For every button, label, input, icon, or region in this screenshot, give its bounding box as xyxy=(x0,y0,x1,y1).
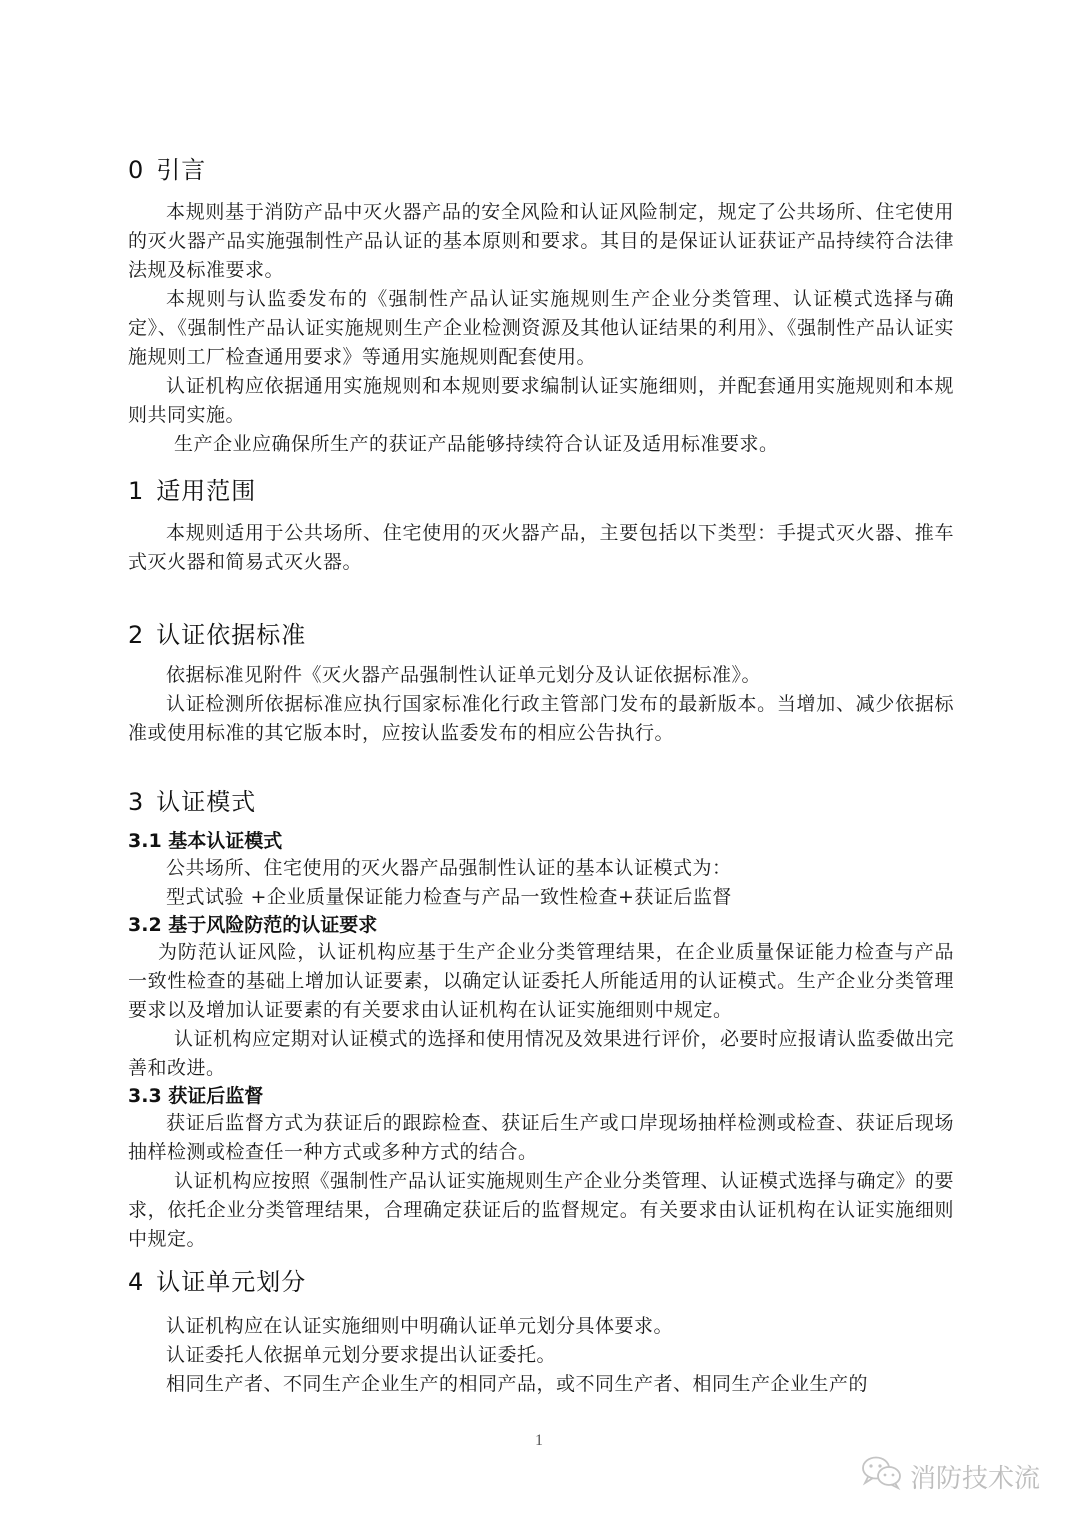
paragraph: 为防范认证风险，认证机构应基于生产企业分类管理结果，在企业质量保证能力检查与产品… xyxy=(128,938,954,1025)
section-heading-4: 4认证单元划分 xyxy=(128,1262,954,1302)
section-heading-2: 2认证依据标准 xyxy=(128,615,954,655)
paragraph: 认证检测所依据标准应执行国家标准化行政主管部门发布的最新版本。当增加、减少依据标… xyxy=(128,690,954,748)
paragraph: 本规则基于消防产品中灭火器产品的安全风险和认证风险制定，规定了公共场所、住宅使用… xyxy=(128,198,954,285)
paragraph: 依据标准见附件《灭火器产品强制性认证单元划分及认证依据标准》。 xyxy=(128,661,954,690)
watermark-text: 消防技术流 xyxy=(910,1458,1040,1495)
document-page: 0引言 本规则基于消防产品中灭火器产品的安全风险和认证风险制定，规定了公共场所、… xyxy=(0,0,1080,1527)
paragraph: 认证委托人依据单元划分要求提出认证委托。 xyxy=(128,1341,954,1370)
section-number: 4 xyxy=(128,1268,144,1296)
section-number: 3 xyxy=(128,788,144,816)
paragraph: 型式试验 +企业质量保证能力检查与产品一致性检查+获证后监督 xyxy=(128,883,954,912)
section-title: 认证依据标准 xyxy=(156,621,306,649)
paragraph: 认证机构应依据通用实施规则和本规则要求编制认证实施细则，并配套通用实施规则和本规… xyxy=(128,372,954,430)
section-title: 引言 xyxy=(156,156,206,184)
paragraph: 生产企业应确保所生产的获证产品能够持续符合认证及适用标准要求。 xyxy=(128,430,954,459)
paragraph: 获证后监督方式为获证后的跟踪检查、获证后生产或口岸现场抽样检测或检查、获证后现场… xyxy=(128,1109,954,1167)
page-number: 1 xyxy=(535,1432,543,1450)
section-heading-1: 1适用范围 xyxy=(128,471,954,511)
section-number: 0 xyxy=(128,156,144,184)
subsection-heading-3-2: 3.2 基于风险防范的认证要求 xyxy=(128,912,954,938)
section-title: 适用范围 xyxy=(156,477,256,505)
paragraph: 公共场所、住宅使用的灭火器产品强制性认证的基本认证模式为： xyxy=(128,854,954,883)
section-heading-3: 3认证模式 xyxy=(128,782,954,822)
paragraph: 认证机构应定期对认证模式的选择和使用情况及效果进行评价，必要时应报请认监委做出完… xyxy=(128,1025,954,1083)
subsection-heading-3-1: 3.1 基本认证模式 xyxy=(128,828,954,854)
wechat-icon xyxy=(860,1455,910,1498)
paragraph: 相同生产者、不同生产企业生产的相同产品，或不同生产者、相同生产企业生产的 xyxy=(128,1370,954,1399)
section-heading-0: 0引言 xyxy=(128,150,954,190)
subsection-heading-3-3: 3.3 获证后监督 xyxy=(128,1083,954,1109)
section-number: 2 xyxy=(128,621,144,649)
paragraph: 本规则适用于公共场所、住宅使用的灭火器产品，主要包括以下类型：手提式灭火器、推车… xyxy=(128,519,954,577)
paragraph: 认证机构应在认证实施细则中明确认证单元划分具体要求。 xyxy=(128,1312,954,1341)
paragraph: 认证机构应按照《强制性产品认证实施规则生产企业分类管理、认证模式选择与确定》的要… xyxy=(128,1167,954,1254)
section-number: 1 xyxy=(128,477,144,505)
watermark: 消防技术流 xyxy=(860,1455,1040,1498)
section-title: 认证模式 xyxy=(156,788,256,816)
section-title: 认证单元划分 xyxy=(156,1268,306,1296)
paragraph: 本规则与认监委发布的《强制性产品认证实施规则生产企业分类管理、认证模式选择与确定… xyxy=(128,285,954,372)
document-content: 0引言 本规则基于消防产品中灭火器产品的安全风险和认证风险制定，规定了公共场所、… xyxy=(128,150,954,1399)
